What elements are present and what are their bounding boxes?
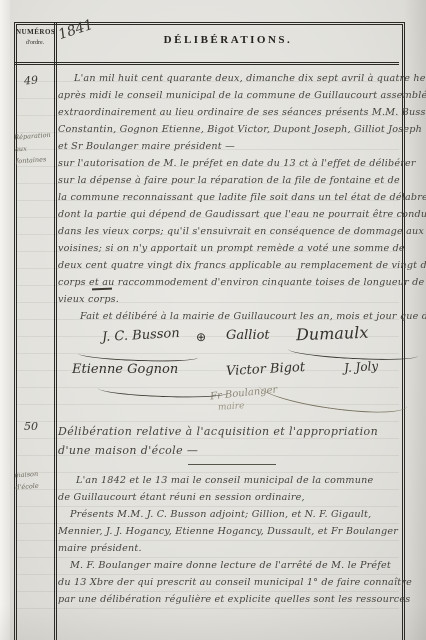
manuscript-line: Constantin, Gognon Etienne, Bigot Victor… [58,121,412,138]
scan-shadow-bottom [0,604,426,640]
numeros-column-header: NUMÉROS d'ordre. [16,28,54,46]
page-title: DÉLIBÉRATIONS. [56,34,400,46]
signature: J. Joly [344,359,379,375]
margin-note-49: Réparation aux fontaines [14,129,56,168]
scan-edge [0,0,10,640]
manuscript-line: maire président. [58,540,412,557]
signature-block: J. C. Busson ⊕ Galliot Dumaulx Etienne G… [58,322,412,418]
signature-paraph-icon: ⊕ [196,330,206,345]
manuscript-line: L'an mil huit cent quarante deux, dimanc… [58,70,412,87]
manuscript-line: vieux corps. [58,291,412,308]
manuscript-line: de Guillaucourt étant réuni en session o… [58,489,412,506]
signature: J. C. Busson [102,326,180,345]
manuscript-line: voisines; si on n'y apportait un prompt … [58,240,412,257]
signature: Etienne Gognon [72,362,178,377]
manuscript-line: M. F. Boulanger maire donne lecture de l… [58,557,412,574]
manuscript-line: Présents M.M. J. C. Busson adjoint; Gill… [58,506,412,523]
margin-note-50: maison d'école [14,467,56,494]
manuscript-line: et Sr Boulanger maire président — [58,138,412,155]
register-page-scan: NUMÉROS d'ordre. DÉLIBÉRATIONS. 1841 49 … [0,0,426,640]
manuscript-line: Mennier, J. J. Hogancy, Etienne Hogancy,… [58,523,412,540]
numeros-column-divider [54,22,57,640]
entry-number-50: 50 [24,420,38,433]
signature-flourish [98,382,228,400]
manuscript-line: dont la partie qui dépend de Gaudissart … [58,206,412,223]
signature: Victor Bigot [226,360,306,379]
manuscript-line: d'une maison d'école — [58,441,412,460]
manuscript-line: dans les vieux corps; qu'il s'ensuivrait… [58,223,412,240]
separator-rule [188,464,276,465]
manuscript-line: la commune reconnaissant que ladite file… [58,189,412,206]
deliberation-50-text: L'an 1842 et le 13 mai le conseil munici… [58,472,412,608]
signature-flourish [288,343,419,363]
signature: maire [218,401,245,413]
manuscript-line: Délibération relative à l'acquisition et… [58,422,412,441]
scan-shadow-right [404,0,426,640]
manuscript-line: deux cent quatre vingt dix francs applic… [58,257,412,274]
deliberation-50-title: Délibération relative à l'acquisition et… [58,422,412,460]
signature: Galliot [226,328,270,343]
manuscript-line: après midi le conseil municipal de la co… [58,87,412,104]
manuscript-line: sur l'autorisation de M. le préfet en da… [58,155,412,172]
manuscript-line: extraordinairement au lieu ordinaire de … [58,104,412,121]
entry-number-49: 49 [24,74,39,88]
signature-flourish [257,372,409,420]
manuscript-line: du 13 Xbre der qui prescrit au conseil m… [58,574,412,591]
signature-flourish [78,348,198,363]
numeros-label: NUMÉROS [16,28,54,36]
numeros-sublabel: d'ordre. [16,40,54,46]
manuscript-line: sur la dépense à faire pour la réparatio… [58,172,412,189]
signature: Dumaulx [296,323,369,345]
margin-note-line: aux fontaines [15,141,57,168]
manuscript-line: L'an 1842 et le 13 mai le conseil munici… [58,472,412,489]
